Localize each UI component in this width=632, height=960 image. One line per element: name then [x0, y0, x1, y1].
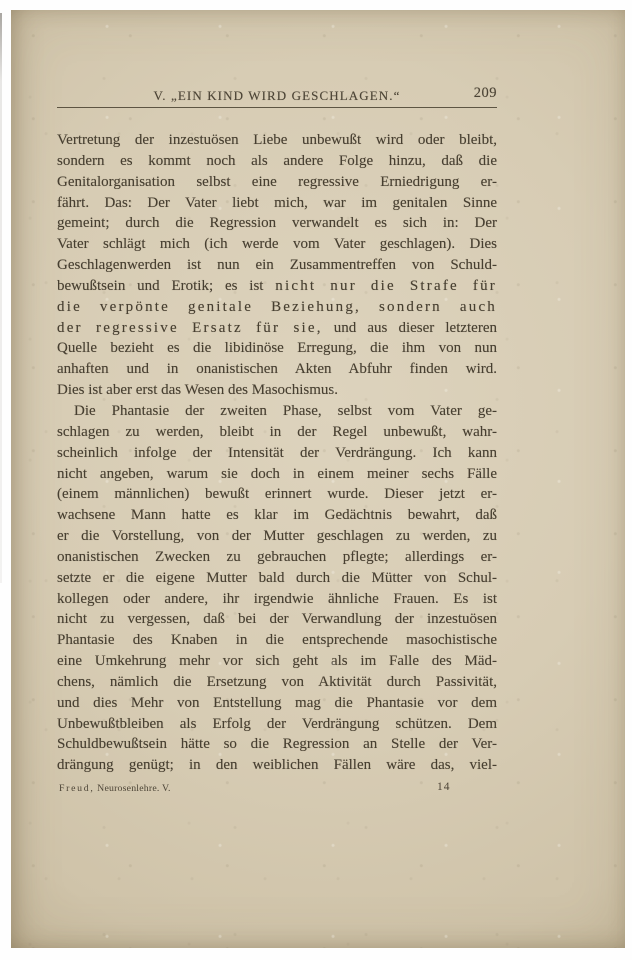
sheet-number: 14 — [437, 781, 451, 793]
text-segment: scheinlich infolge der Intensität der Ve… — [57, 445, 497, 461]
text-line: eine Umkehrung mehr vor sich geht als im… — [57, 651, 497, 672]
text-segment: drängung genügt; in den weiblichen Fälle… — [57, 757, 497, 773]
text-line: bewußtsein und Erotik; es ist nicht nur … — [57, 276, 497, 297]
text-line: schlagen zu werden, bleibt in der Regel … — [57, 422, 497, 443]
text-segment: gemeint; durch die Regression verwandelt… — [57, 215, 497, 231]
text-segment: Geschlagenwerden ist nun ein Zusammentre… — [57, 257, 497, 273]
text-line: und dies Mehr von Entstellung mag die Ph… — [57, 693, 497, 714]
text-line: Die Phantasie der zweiten Phase, selbst … — [57, 401, 497, 422]
text-line: chens, nämlich die Ersetzung von Aktivit… — [57, 672, 497, 693]
text-line: scheinlich infolge der Intensität der Ve… — [57, 443, 497, 464]
text-line: sondern es kommt noch als andere Folge h… — [57, 151, 497, 172]
text-segment: bewußtsein und Erotik; es ist — [57, 278, 275, 294]
text-segment: und dies Mehr von Entstellung mag die Ph… — [57, 695, 497, 711]
footer-work-title: Neurosenlehre. V. — [95, 783, 171, 794]
text-segment: Quelle bezieht es die libidinöse Erregun… — [57, 340, 497, 356]
text-segment: fährt. Das: Der Vater liebt mich, war im… — [57, 195, 497, 211]
emphasized-text: nicht nur die Strafe für — [275, 278, 497, 294]
text-segment: Genitalorganisation selbst eine regressi… — [57, 174, 497, 190]
text-segment: Unbewußtbleiben als Erfolg der Verdrängu… — [57, 716, 497, 732]
book-page: V. „EIN KIND WIRD GESCHLAGEN.“ 209 Vertr… — [11, 10, 625, 948]
text-segment: Vertretung der inzestuösen Liebe unbewuß… — [57, 132, 497, 148]
text-segment: nicht zu vergessen, daß bei der Verwandl… — [57, 611, 497, 627]
text-line: anhaften und in onanistischen Akten Abfu… — [57, 359, 497, 380]
text-line: Geschlagenwerden ist nun ein Zusammentre… — [57, 255, 497, 276]
text-line: Genitalorganisation selbst eine regressi… — [57, 172, 497, 193]
text-segment: Dies ist aber erst das Wesen des Masochi… — [57, 382, 338, 398]
text-segment: er die Vorstellung, von der Mutter gesch… — [57, 528, 497, 544]
header-rule — [57, 107, 497, 108]
text-segment: wachsene Mann hatte es klar im Gedächtni… — [57, 507, 497, 523]
text-line: Vertretung der inzestuösen Liebe unbewuß… — [57, 130, 497, 151]
text-line: er die Vorstellung, von der Mutter gesch… — [57, 526, 497, 547]
text-segment: Schuldbewußtsein hätte so die Regression… — [57, 736, 497, 752]
text-line: Quelle bezieht es die libidinöse Erregun… — [57, 338, 497, 359]
text-line: nicht zu vergessen, daß bei der Verwandl… — [57, 609, 497, 630]
emphasized-text: die verpönte genitale Beziehung, sondern… — [57, 299, 497, 315]
text-line: nicht angeben, warum sie doch in einem m… — [57, 464, 497, 485]
text-line: gemeint; durch die Regression verwandelt… — [57, 213, 497, 234]
text-line: der regressive Ersatz für sie, und aus d… — [57, 318, 497, 339]
page-footer: Freud, Neurosenlehre. V. 14 — [57, 781, 497, 795]
text-line: (einem männlichen) bewußt erinnert wurde… — [57, 484, 497, 505]
text-segment: kollegen oder andere, ihr irgendwie ähnl… — [57, 591, 497, 607]
text-segment: (einem männlichen) bewußt erinnert wurde… — [57, 486, 497, 502]
text-segment: Vater schlägt mich (ich werde vom Vater … — [57, 236, 497, 252]
text-line: wachsene Mann hatte es klar im Gedächtni… — [57, 505, 497, 526]
text-segment: sondern es kommt noch als andere Folge h… — [57, 153, 497, 169]
scan-edge-artifact — [0, 13, 2, 583]
text-line: Schuldbewußtsein hätte so die Regression… — [57, 734, 497, 755]
footer-signature: Freud, Neurosenlehre. V. — [59, 783, 171, 794]
text-line: drängung genügt; in den weiblichen Fälle… — [57, 755, 497, 776]
text-line: Dies ist aber erst das Wesen des Masochi… — [57, 380, 497, 401]
running-header: V. „EIN KIND WIRD GESCHLAGEN.“ 209 — [57, 88, 497, 103]
text-segment: Phantasie des Knaben in die entsprechend… — [57, 632, 497, 648]
text-segment: setzte er die eigene Mutter bald durch d… — [57, 570, 497, 586]
page-number: 209 — [474, 86, 497, 101]
text-segment: nicht angeben, warum sie doch in einem m… — [57, 466, 497, 482]
text-line: Vater schlägt mich (ich werde vom Vater … — [57, 234, 497, 255]
text-line: Unbewußtbleiben als Erfolg der Verdrängu… — [57, 714, 497, 735]
text-block: V. „EIN KIND WIRD GESCHLAGEN.“ 209 Vertr… — [57, 10, 497, 776]
text-segment: Die Phantasie der zweiten Phase, selbst … — [74, 403, 497, 419]
text-line: setzte er die eigene Mutter bald durch d… — [57, 568, 497, 589]
text-line: fährt. Das: Der Vater liebt mich, war im… — [57, 193, 497, 214]
chapter-title: V. „EIN KIND WIRD GESCHLAGEN.“ — [154, 88, 401, 103]
text-line: Phantasie des Knaben in die entsprechend… — [57, 630, 497, 651]
text-line: die verpönte genitale Beziehung, sondern… — [57, 297, 497, 318]
scan-background: V. „EIN KIND WIRD GESCHLAGEN.“ 209 Vertr… — [0, 0, 632, 960]
text-line: onanistischen Zwecken zu gebrauchen pfle… — [57, 547, 497, 568]
text-segment: und aus dieser letzteren — [323, 320, 497, 336]
text-segment: anhaften und in onanistischen Akten Abfu… — [57, 361, 497, 377]
text-segment: chens, nämlich die Ersetzung von Aktivit… — [57, 674, 497, 690]
footer-author: Freud, — [59, 783, 95, 794]
text-segment: eine Umkehrung mehr vor sich geht als im… — [57, 653, 497, 669]
text-segment: schlagen zu werden, bleibt in der Regel … — [57, 424, 497, 440]
body-text: Vertretung der inzestuösen Liebe unbewuß… — [57, 130, 497, 776]
emphasized-text: der regressive Ersatz für sie, — [57, 320, 323, 336]
text-line: kollegen oder andere, ihr irgendwie ähnl… — [57, 589, 497, 610]
text-segment: onanistischen Zwecken zu gebrauchen pfle… — [57, 549, 497, 565]
